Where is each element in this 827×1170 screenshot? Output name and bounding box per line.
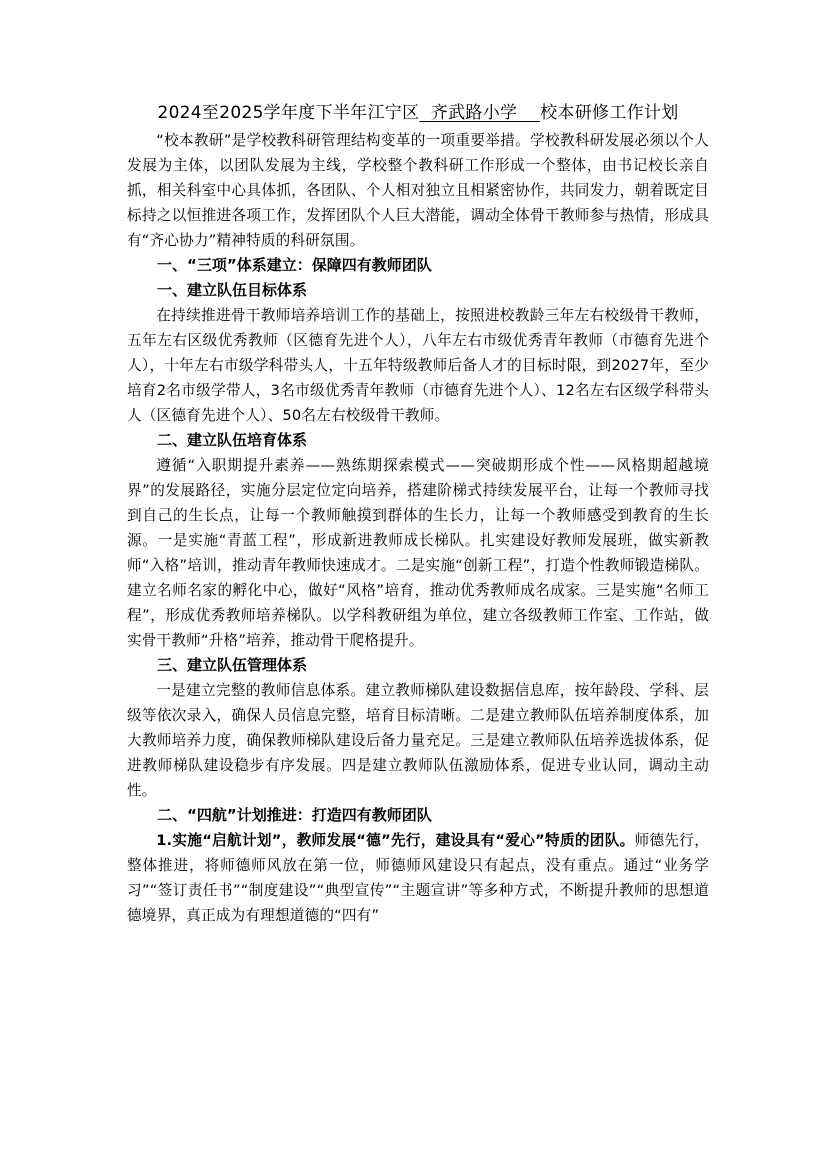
title-suffix: 校本研修工作计划	[540, 103, 678, 123]
section-2-item-1: 1.实施“启航计划”，教师发展“德”先行，建设具有“爱心”特质的团队。师德先行，…	[127, 828, 709, 928]
subsection-1-1-heading: 一、建立队伍目标体系	[127, 278, 709, 303]
section-2-heading: 二、“四航”计划推进：打造四有教师团队	[127, 803, 709, 828]
subsection-1-2-heading: 二、建立队伍培育体系	[127, 428, 709, 453]
section-1-heading: 一、“三项”体系建立：保障四有教师团队	[127, 253, 709, 278]
subsection-1-2-body: 遵循“入职期提升素养——熟练期探索模式——突破期形成个性——风格期超越境界”的发…	[127, 453, 709, 653]
document-title: 2024至2025学年度下半年江宁区 齐武路小学 校本研修工作计划	[127, 102, 709, 125]
subsection-1-1-body: 在持续推进骨干教师培养培训工作的基础上，按照进校教龄三年左右校级骨干教师，五年左…	[127, 303, 709, 428]
subsection-1-3-body: 一是建立完整的教师信息体系。建立教师梯队建设数据信息库，按年龄段、学科、层级等依…	[127, 678, 709, 803]
document-page: 2024至2025学年度下半年江宁区 齐武路小学 校本研修工作计划 “校本教研”…	[127, 102, 709, 928]
intro-paragraph: “校本教研”是学校教科研管理结构变革的一项重要举措。学校教科研发展必须以个人发展…	[127, 128, 709, 253]
title-school-name: 齐武路小学	[419, 103, 540, 123]
subsection-1-3-heading: 三、建立队伍管理体系	[127, 653, 709, 678]
title-prefix: 2024至2025学年度下半年江宁区	[157, 103, 419, 123]
item-1-lead: 1.实施“启航计划”，教师发展“德”先行，建设具有“爱心”特质的团队。	[156, 832, 634, 849]
